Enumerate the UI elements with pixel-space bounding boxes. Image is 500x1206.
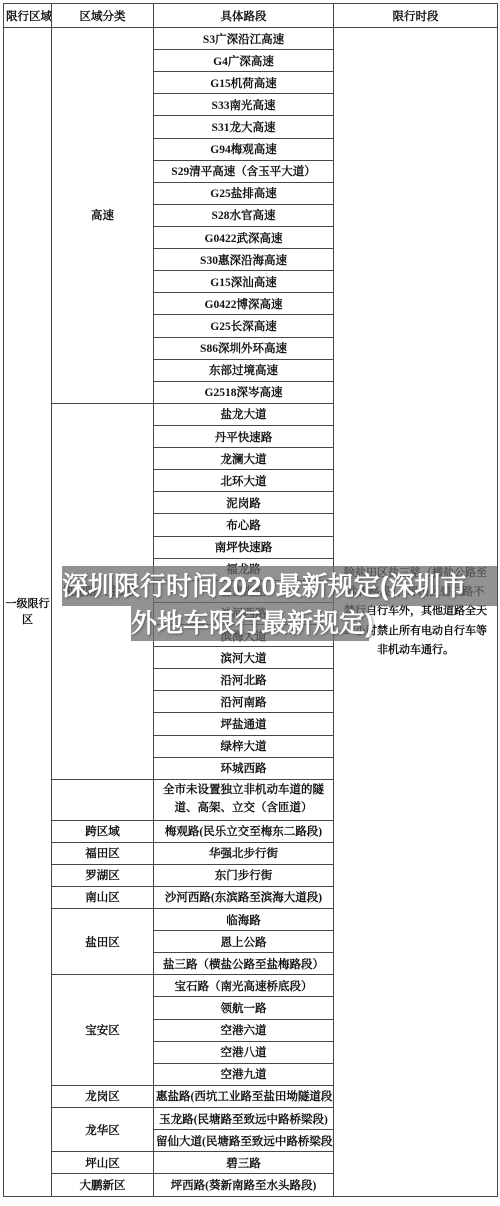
road-cell: 碧三路 [154,1152,334,1174]
road-cell: 龙澜大道 [154,448,334,470]
road-cell: 布心路 [154,514,334,536]
road-cell: 绿梓大道 [154,735,334,757]
zone-cell: 一级限行区 [4,28,52,1197]
col-header-restricted-area: 限行区域 [4,4,52,28]
road-cell: 全市未设置独立非机动车道的隧道、高架、立交（含匝道） [154,779,334,820]
road-cell: 南坪快速路 [154,536,334,558]
category-cell: 大鹏新区 [52,1174,154,1197]
category-cell: 南山区 [52,886,154,908]
road-cell: 沙河西路(东滨路至滨海大道段) [154,886,334,908]
road-cell: G15深汕高速 [154,271,334,293]
road-cell: 环城西路 [154,757,334,779]
road-cell: 留仙大道(民塘路至致远中路桥梁段) [154,1130,334,1152]
road-cell: S86深圳外环高速 [154,337,334,359]
road-cell: 坪西路(葵新南路至水头路段) [154,1174,334,1197]
road-cell: G25长深高速 [154,315,334,337]
category-cell: 宝安区 [52,975,154,1086]
road-cell: S30惠深沿海高速 [154,249,334,271]
category-cell: 盐田区 [52,909,154,975]
road-cell: 盐三路（横盐公路至盐梅路段） [154,953,334,975]
road-cell: 泥岗路 [154,492,334,514]
road-cell: G0422武深高速 [154,226,334,248]
road-cell: 恩上公路 [154,931,334,953]
road-cell: 空港六道 [154,1019,334,1041]
road-cell: G15机荷高速 [154,72,334,94]
road-cell: 惠盐路(西坑工业路至盐田坳隧道段) [154,1085,334,1107]
category-cell: 罗湖区 [52,864,154,886]
category-cell: 龙华区 [52,1107,154,1151]
page: 限行区域 区域分类 具体路段 限行时段 一级限行区高速S3广深沿江高速除盐田区盐… [0,0,500,1206]
road-cell: G25盐排高速 [154,182,334,204]
overlay-title-line2: 外地车限行最新规定) [131,606,369,641]
table-row: 一级限行区高速S3广深沿江高速除盐田区盐三路（横盐公路至盐梅路段）、坪山区碧三路… [4,28,498,50]
road-cell: G2518深岑高速 [154,381,334,403]
table-header-row: 限行区域 区域分类 具体路段 限行时段 [4,4,498,28]
col-header-restriction-period: 限行时段 [334,4,498,28]
road-cell: G0422博深高速 [154,293,334,315]
category-cell: 龙岗区 [52,1085,154,1107]
road-cell: 玉龙路(民塘路至致远中路桥梁段) [154,1107,334,1129]
road-cell: 宝石路（南光高速桥底段） [154,975,334,997]
category-cell [52,779,154,820]
road-cell: 沿河北路 [154,669,334,691]
road-cell: 丹平快速路 [154,425,334,447]
road-cell: 梅观路(民乐立交至梅东二路段) [154,820,334,842]
road-cell: 坪盐通道 [154,713,334,735]
category-cell: 坪山区 [52,1152,154,1174]
road-cell: 华强北步行街 [154,842,334,864]
road-cell: 滨河大道 [154,647,334,669]
road-cell: 临海路 [154,909,334,931]
road-cell: 沿河南路 [154,691,334,713]
col-header-road-section: 具体路段 [154,4,334,28]
road-cell: S33南光高速 [154,94,334,116]
category-cell: 高速 [52,28,154,404]
category-cell: 跨区域 [52,820,154,842]
road-cell: 盐龙大道 [154,403,334,425]
overlay-title-line1: 深圳限行时间2020最新规定(深圳市 [62,566,497,606]
road-cell: S31龙大高速 [154,116,334,138]
road-cell: 空港八道 [154,1041,334,1063]
road-cell: 领航一路 [154,997,334,1019]
road-cell: 东门步行街 [154,864,334,886]
road-cell: G4广深高速 [154,50,334,72]
road-cell: 空港九道 [154,1063,334,1085]
road-cell: 北环大道 [154,470,334,492]
road-cell: S28水官高速 [154,204,334,226]
col-header-area-category: 区域分类 [52,4,154,28]
road-cell: S3广深沿江高速 [154,28,334,50]
road-cell: 东部过境高速 [154,359,334,381]
road-cell: G94梅观高速 [154,138,334,160]
road-cell: S29清平高速（含玉平大道） [154,160,334,182]
category-cell: 福田区 [52,842,154,864]
